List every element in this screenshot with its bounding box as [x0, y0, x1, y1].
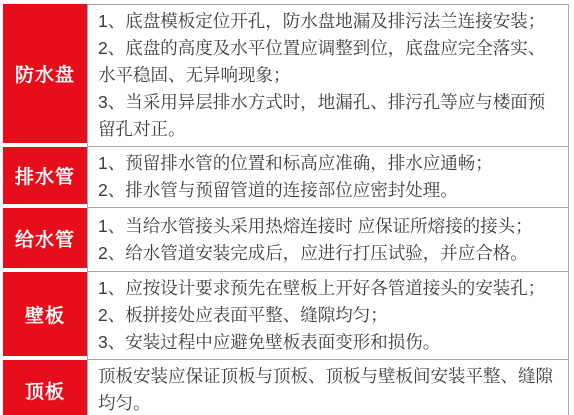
table-row: 顶板 顶板安装应保证顶板与顶板、顶板与壁板间安装平整、缝隙均匀。 [3, 360, 569, 415]
table-row: 防水盘 1、底盘模板定位开孔，防水盘地漏及排污法兰连接安装；2、底盘的高度及水平… [3, 4, 569, 147]
row-content: 1、应按设计要求预先在壁板上开好各管道接头的安装孔；2、板拼接处应表面平整、缝隙… [87, 272, 569, 360]
row-label: 给水管 [3, 208, 87, 272]
row-label: 防水盘 [3, 4, 87, 147]
spec-item: 2、给水管道安装完成后，应进行打压试验，并应合格。 [98, 240, 562, 267]
row-label: 排水管 [3, 147, 87, 208]
spec-item: 1、当给水管接头采用热熔连接时 应保证所熔接的接头； [98, 213, 562, 240]
spec-item: 2、板拼接处应表面平整、缝隙均匀； [98, 302, 562, 329]
spec-item: 1、底盘模板定位开孔，防水盘地漏及排污法兰连接安装； [98, 8, 562, 35]
row-content: 1、预留排水管的位置和标高应准确，排水应通畅；2、排水管与预留管道的连接部位应密… [87, 147, 569, 208]
spec-item: 2、底盘的高度及水平位置应调整到位，底盘应完全落实、水平稳固、无异响现象； [98, 35, 562, 89]
row-label: 顶板 [3, 360, 87, 415]
table-row: 排水管 1、预留排水管的位置和标高应准确，排水应通畅；2、排水管与预留管道的连接… [3, 147, 569, 208]
spec-item: 顶板安装应保证顶板与顶板、顶板与壁板间安装平整、缝隙均匀。 [98, 363, 562, 415]
row-content: 1、底盘模板定位开孔，防水盘地漏及排污法兰连接安装；2、底盘的高度及水平位置应调… [87, 4, 569, 147]
spec-item: 3、当采用异层排水方式时，地漏孔、排污孔等应与楼面预留孔对正。 [98, 89, 562, 143]
spec-table: 防水盘 1、底盘模板定位开孔，防水盘地漏及排污法兰连接安装；2、底盘的高度及水平… [3, 4, 569, 415]
table-row: 给水管 1、当给水管接头采用热熔连接时 应保证所熔接的接头；2、给水管道安装完成… [3, 208, 569, 272]
spec-item: 2、排水管与预留管道的连接部位应密封处理。 [98, 177, 562, 204]
row-content: 1、当给水管接头采用热熔连接时 应保证所熔接的接头；2、给水管道安装完成后，应进… [87, 208, 569, 272]
spec-item: 1、应按设计要求预先在壁板上开好各管道接头的安装孔； [98, 275, 562, 302]
spec-item: 1、预留排水管的位置和标高应准确，排水应通畅； [98, 150, 562, 177]
row-label: 壁板 [3, 272, 87, 360]
spec-item: 3、安装过程中应避免壁板表面变形和损伤。 [98, 329, 562, 356]
table-row: 壁板 1、应按设计要求预先在壁板上开好各管道接头的安装孔；2、板拼接处应表面平整… [3, 272, 569, 360]
row-content: 顶板安装应保证顶板与顶板、顶板与壁板间安装平整、缝隙均匀。 [87, 360, 569, 415]
